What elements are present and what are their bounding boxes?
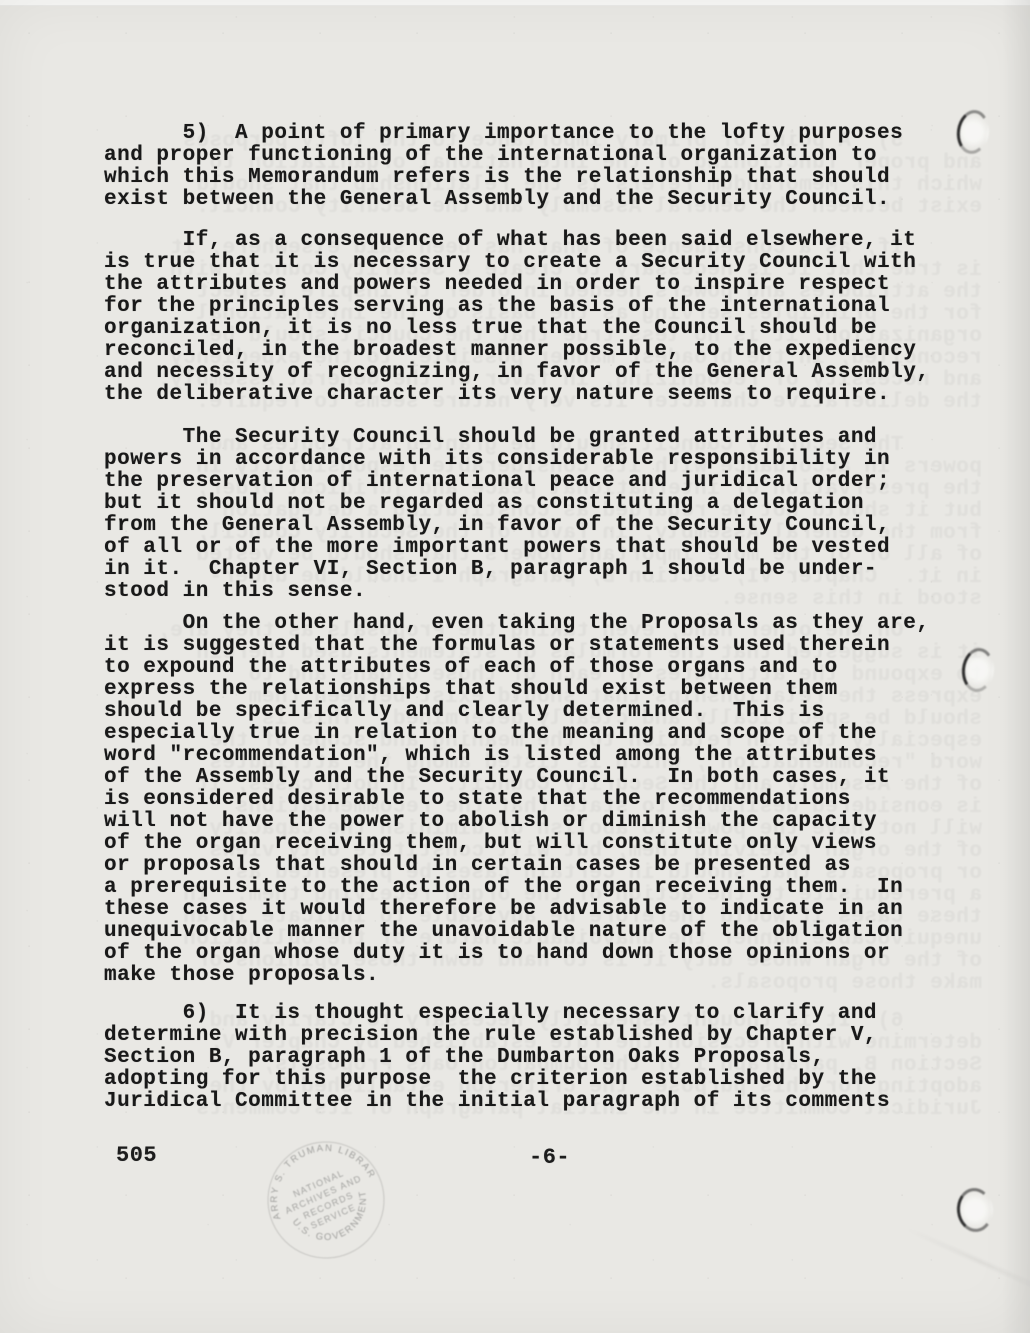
text-line: the attributes and powers needed in orde… — [104, 274, 929, 296]
text-line: and necessity of recognizing, in favor o… — [104, 362, 929, 384]
text-line: but it should not be regarded as constit… — [104, 493, 890, 515]
text-line: for the principles serving as the basis … — [104, 296, 929, 318]
scan-right-shading — [1002, 0, 1030, 1333]
text-line: of the organ receiving them, but will co… — [104, 833, 929, 855]
punch-hole-mark — [955, 1186, 995, 1234]
text-line: a prerequisite to the action of the orga… — [104, 877, 929, 899]
text-line: powers in accordance with its considerab… — [104, 449, 890, 471]
page-number: -6- — [529, 1145, 570, 1170]
text-line: adopting for this purpose the criterion … — [104, 1069, 890, 1091]
text-line: reconciled, in the broadest manner possi… — [104, 340, 929, 362]
text-line: the deliberative character its very natu… — [104, 384, 929, 406]
paragraph-2: If, as a consequence of what has been sa… — [104, 230, 929, 406]
text-line: in it. Chapter VI, Section B, paragraph … — [104, 559, 890, 581]
text-line: If, as a consequence of what has been sa… — [104, 230, 929, 252]
document-page: 5) A point of primary importance to the … — [0, 0, 1030, 1333]
text-line: express the relationships that should ex… — [104, 679, 929, 701]
text-line: The Security Council should be granted a… — [104, 427, 890, 449]
text-line: make those proposals. — [104, 965, 929, 987]
text-line: organization, it is no less true that th… — [104, 318, 929, 340]
text-line: 6) It is thought especially necessary to… — [104, 1003, 890, 1025]
paragraph-3: The Security Council should be granted a… — [104, 427, 890, 603]
text-line: stood in this sense. — [104, 581, 890, 603]
folio-number: 505 — [116, 1143, 157, 1168]
text-line: which this Memorandum refers is the rela… — [104, 167, 903, 189]
archives-stamp: HARRY S. TRUMAN LIBRARY U.S. GOVERNMENT … — [244, 1118, 408, 1282]
text-line: will not have the power to abolish or di… — [104, 811, 929, 833]
text-line: especially true in relation to the meani… — [104, 723, 929, 745]
text-line: the preservation of international peace … — [104, 471, 890, 493]
text-line: determine with precision the rule establ… — [104, 1025, 890, 1047]
text-line: or proposals that should in certain case… — [104, 855, 929, 877]
paragraph-4: On the other hand, even taking the Propo… — [104, 613, 929, 987]
text-line: Juridical Committee in the initial parag… — [104, 1091, 890, 1113]
text-line: of the Assembly and the Security Council… — [104, 767, 929, 789]
text-line: 5) A point of primary importance to the … — [104, 123, 903, 145]
text-line: and proper functioning of the internatio… — [104, 145, 903, 167]
text-line: should be specifically and clearly deter… — [104, 701, 929, 723]
text-line: exist between the General Assembly and t… — [104, 189, 903, 211]
text-line: to expound the attributes of each of tho… — [104, 657, 929, 679]
text-line: of all or of the more important powers t… — [104, 537, 890, 559]
text-line: of the organ whose duty it is to hand do… — [104, 943, 929, 965]
paragraph-5: 6) It is thought especially necessary to… — [104, 1003, 890, 1113]
scan-top-edge — [0, 0, 1030, 6]
text-line: unequivocable manner the unavoidable nat… — [104, 921, 929, 943]
text-line: is eonsidered desirable to state that th… — [104, 789, 929, 811]
text-line: from the General Assembly, in favor of t… — [104, 515, 890, 537]
text-line: word "recommendation", which is listed a… — [104, 745, 929, 767]
text-line: is true that it is necessary to create a… — [104, 252, 929, 274]
text-line: these cases it would therefore be advisa… — [104, 899, 929, 921]
paragraph-1: 5) A point of primary importance to the … — [104, 123, 903, 211]
punch-hole-mark — [960, 646, 996, 693]
punch-hole-mark — [954, 108, 992, 156]
text-line: On the other hand, even taking the Propo… — [104, 613, 929, 635]
text-line: Section B, paragraph 1 of the Dumbarton … — [104, 1047, 890, 1069]
text-line: it is suggested that the formulas or sta… — [104, 635, 929, 657]
